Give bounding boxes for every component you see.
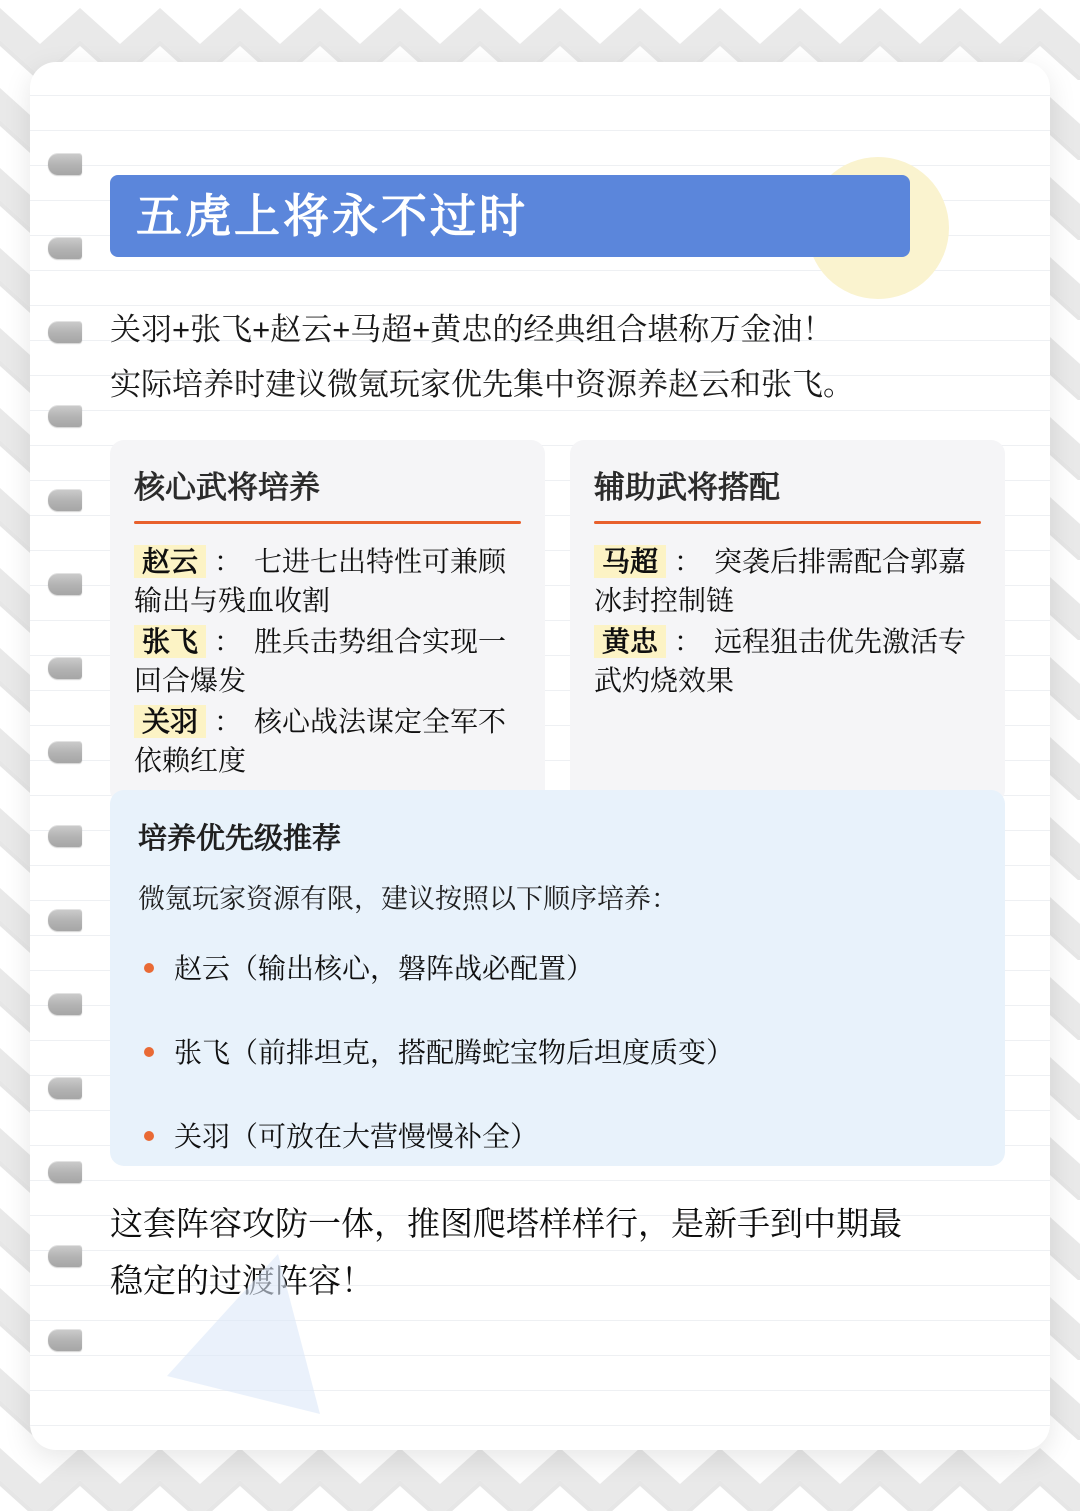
ruled-line [30, 1180, 1050, 1181]
card-core-heroes: 核心武将培养 赵云：七进七出特性可兼顾输出与残血收割张飞：胜兵击势组合实现一回合… [110, 440, 545, 804]
binder-tab [48, 1329, 82, 1351]
card-body: 马超：突袭后排需配合郭嘉冰封控制链黄忠：远程狙击优先激活专武灼烧效果 [594, 542, 981, 700]
bullet-text: 赵云（输出核心，磐阵战必配置） [174, 950, 594, 988]
page-title: 五虎上将永不过时 [110, 175, 910, 257]
entry-separator: ： [674, 626, 702, 657]
binder-tab [48, 321, 82, 343]
binder-tab [48, 909, 82, 931]
bullet-item: 张飞（前排坦克，搭配腾蛇宝物后坦度质变） [138, 1034, 977, 1072]
triangle-decoration [130, 1242, 350, 1432]
card-entry: 赵云：七进七出特性可兼顾输出与残血收割 [134, 542, 521, 620]
bullet-text: 张飞（前排坦克，搭配腾蛇宝物后坦度质变） [174, 1034, 734, 1072]
card-entry: 黄忠：远程狙击优先激活专武灼烧效果 [594, 622, 981, 700]
bullet-list: 赵云（输出核心，磐阵战必配置）张飞（前排坦克，搭配腾蛇宝物后坦度质变）关羽（可放… [138, 950, 977, 1156]
entry-name-highlight: 马超 [594, 545, 666, 578]
header-banner: 五虎上将永不过时 [110, 175, 910, 257]
binder-tab [48, 405, 82, 427]
entry-name-highlight: 关羽 [134, 705, 206, 738]
bullet-dot-icon [144, 1131, 154, 1141]
entry-separator: ： [214, 706, 242, 737]
binder-tab [48, 825, 82, 847]
bullet-item: 关羽（可放在大营慢慢补全） [138, 1118, 977, 1156]
binder-tab [48, 657, 82, 679]
card-entry: 关羽：核心战法谋定全军不依赖红度 [134, 702, 521, 780]
binder-tab [48, 573, 82, 595]
entry-separator: ： [674, 546, 702, 577]
ruled-line [30, 130, 1050, 131]
binder-tab [48, 1245, 82, 1267]
bullet-text: 关羽（可放在大营慢慢补全） [174, 1118, 538, 1156]
entry-separator: ： [214, 546, 242, 577]
priority-title: 培养优先级推荐 [138, 816, 977, 857]
binder-tab [48, 741, 82, 763]
entry-separator: ： [214, 626, 242, 657]
entry-name-highlight: 赵云 [134, 545, 206, 578]
card-entry: 马超：突袭后排需配合郭嘉冰封控制链 [594, 542, 981, 620]
card-title: 辅助武将搭配 [594, 462, 981, 507]
bullet-dot-icon [144, 963, 154, 973]
priority-box: 培养优先级推荐 微氪玩家资源有限，建议按照以下顺序培养： 赵云（输出核心，磐阵战… [110, 790, 1005, 1166]
card-support-heroes: 辅助武将搭配 马超：突袭后排需配合郭嘉冰封控制链黄忠：远程狙击优先激活专武灼烧效… [570, 440, 1005, 804]
binder-tab [48, 1077, 82, 1099]
card-body: 赵云：七进七出特性可兼顾输出与残血收割张飞：胜兵击势组合实现一回合爆发关羽：核心… [134, 542, 521, 780]
note-page: 五虎上将永不过时 关羽+张飞+赵云+马超+黄忠的经典组合堪称万金油！实际培养时建… [30, 62, 1050, 1450]
binder-tab [48, 1161, 82, 1183]
priority-subtitle: 微氪玩家资源有限，建议按照以下顺序培养： [138, 877, 977, 916]
binder-tab [48, 153, 82, 175]
entry-name-highlight: 黄忠 [594, 625, 666, 658]
text-line: 实际培养时建议微氪玩家优先集中资源养赵云和张飞。 [110, 357, 990, 412]
card-divider [594, 521, 981, 524]
intro-text: 关羽+张飞+赵云+马超+黄忠的经典组合堪称万金油！实际培养时建议微氪玩家优先集中… [110, 302, 990, 412]
text-line: 关羽+张飞+赵云+马超+黄忠的经典组合堪称万金油！ [110, 302, 990, 357]
bullet-dot-icon [144, 1047, 154, 1057]
binder-tab [48, 489, 82, 511]
binder-tab [48, 237, 82, 259]
ruled-line [30, 95, 1050, 96]
card-entry: 张飞：胜兵击势组合实现一回合爆发 [134, 622, 521, 700]
card-divider [134, 521, 521, 524]
card-title: 核心武将培养 [134, 462, 521, 507]
bullet-item: 赵云（输出核心，磐阵战必配置） [138, 950, 977, 988]
cards-row: 核心武将培养 赵云：七进七出特性可兼顾输出与残血收割张飞：胜兵击势组合实现一回合… [110, 440, 1005, 804]
binder-tab [48, 993, 82, 1015]
entry-name-highlight: 张飞 [134, 625, 206, 658]
